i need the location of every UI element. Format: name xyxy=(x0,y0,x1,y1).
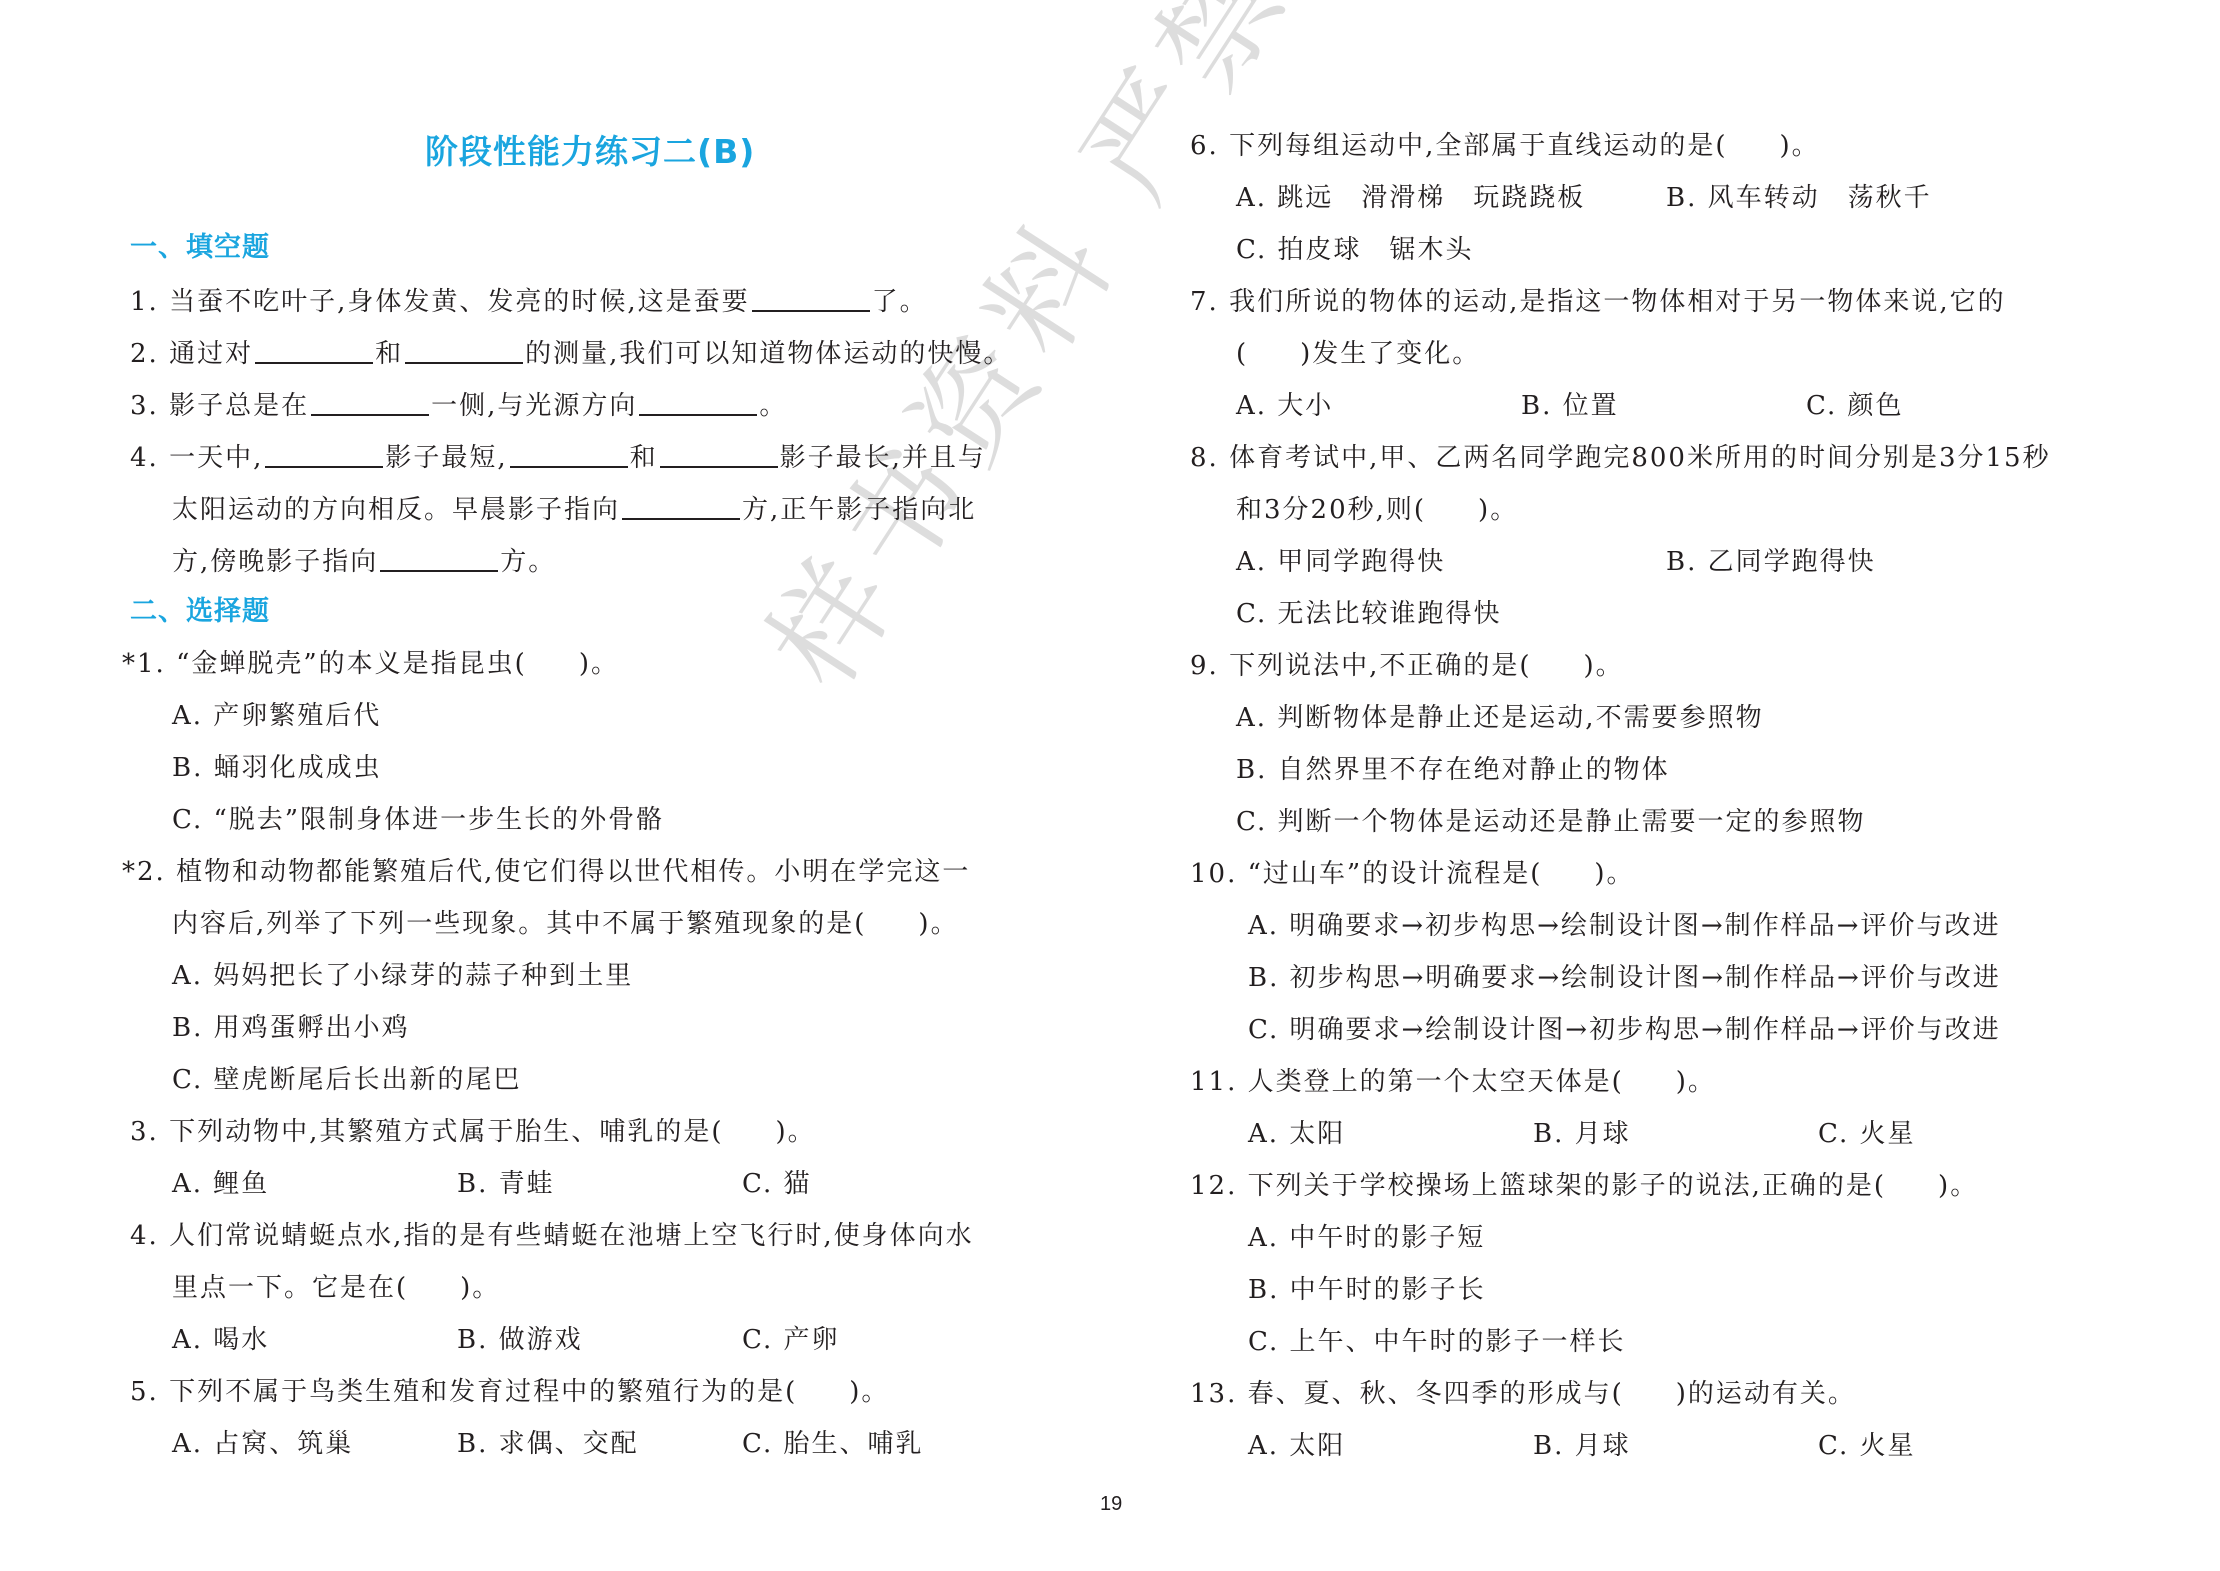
options-row: A. 太阳B. 月球C. 火星 xyxy=(1248,1108,2103,1160)
answer-blank[interactable] xyxy=(660,440,778,468)
options-row: A. 占窝、筑巢B. 求偶、交配C. 胎生、哺乳 xyxy=(172,1418,1027,1470)
option[interactable]: A. 中午时的影子短 xyxy=(1248,1212,1485,1264)
option[interactable]: A. 妈妈把长了小绿芽的蒜子种到土里 xyxy=(172,950,633,1002)
option[interactable]: A. 喝水 xyxy=(172,1314,457,1366)
choice-question-2-line-2: 内容后,列举了下列一些现象。其中不属于繁殖现象的是()。 xyxy=(172,898,959,950)
option[interactable]: C. “脱去”限制身体进一步生长的外骨骼 xyxy=(172,794,664,846)
fill-question-4: 4. 一天中,影子最短,和影子最长,并且与 xyxy=(130,432,986,484)
answer-blank[interactable] xyxy=(752,284,870,312)
options-row: A. 大小B. 位置C. 颜色 xyxy=(1236,380,2091,432)
option[interactable]: B. 乙同学跑得快 xyxy=(1666,536,2096,588)
option[interactable]: B. 初步构思→明确要求→绘制设计图→制作样品→评价与改进 xyxy=(1248,952,2001,1004)
option[interactable]: A. 甲同学跑得快 xyxy=(1236,536,1666,588)
answer-blank[interactable] xyxy=(510,440,628,468)
option[interactable]: B. 风车转动 荡秋千 xyxy=(1666,172,2096,224)
section-heading-choice: 二、选择题 xyxy=(130,586,270,638)
answer-blank[interactable] xyxy=(255,336,373,364)
choice-question-5: 5. 下列不属于鸟类生殖和发育过程中的繁殖行为的是()。 xyxy=(130,1366,889,1418)
option[interactable]: A. 占窝、筑巢 xyxy=(172,1418,457,1470)
choice-question-12: 12. 下列关于学校操场上篮球架的影子的说法,正确的是()。 xyxy=(1190,1160,1978,1212)
choice-question-8-line-2: 和3分20秒,则()。 xyxy=(1236,484,1518,536)
option[interactable]: C. 明确要求→绘制设计图→初步构思→制作样品→评价与改进 xyxy=(1248,1004,2001,1056)
options-row: A. 喝水B. 做游戏C. 产卵 xyxy=(172,1314,1027,1366)
option[interactable]: B. 中午时的影子长 xyxy=(1248,1264,1486,1316)
choice-question-7-line-2: ()发生了变化。 xyxy=(1236,328,1480,380)
fill-question-4-line-2: 太阳运动的方向相反。早晨影子指向方,正午影子指向北 xyxy=(172,484,976,536)
option[interactable]: C. 无法比较谁跑得快 xyxy=(1236,588,1502,640)
option[interactable]: C. 壁虎断尾后长出新的尾巴 xyxy=(172,1054,522,1106)
option[interactable]: C. 拍皮球 锯木头 xyxy=(1236,224,1474,276)
option[interactable]: C. 上午、中午时的影子一样长 xyxy=(1248,1316,1626,1368)
options-row: A. 鲤鱼B. 青蛙C. 猫 xyxy=(172,1158,1027,1210)
option[interactable]: B. 月球 xyxy=(1533,1108,1818,1160)
option[interactable]: C. 猫 xyxy=(742,1158,1027,1210)
choice-question-2: *2. 植物和动物都能繁殖后代,使它们得以世代相传。小明在学完这一 xyxy=(122,846,970,898)
option[interactable]: A. 明确要求→初步构思→绘制设计图→制作样品→评价与改进 xyxy=(1248,900,2000,952)
choice-question-6: 6. 下列每组运动中,全部属于直线运动的是()。 xyxy=(1190,120,1820,172)
choice-question-4-line-2: 里点一下。它是在()。 xyxy=(172,1262,500,1314)
option[interactable]: C. 判断一个物体是运动还是静止需要一定的参照物 xyxy=(1236,796,1866,848)
option[interactable]: B. 青蛙 xyxy=(457,1158,742,1210)
page-number: 19 xyxy=(1100,1493,1122,1516)
option[interactable]: C. 火星 xyxy=(1818,1108,2103,1160)
fill-question-4-line-3: 方,傍晚影子指向方。 xyxy=(172,536,556,588)
option[interactable]: A. 判断物体是静止还是运动,不需要参照物 xyxy=(1236,692,1764,744)
option[interactable]: A. 鲤鱼 xyxy=(172,1158,457,1210)
fill-question-3: 3. 影子总是在一侧,与光源方向。 xyxy=(130,380,787,432)
choice-question-1: *1. “金蝉脱壳”的本义是指昆虫()。 xyxy=(122,638,619,690)
choice-question-10: 10. “过山车”的设计流程是()。 xyxy=(1190,848,1635,900)
answer-blank[interactable] xyxy=(405,336,523,364)
fill-question-1: 1. 当蚕不吃叶子,身体发黄、发亮的时候,这是蚕要了。 xyxy=(130,276,928,328)
choice-question-8: 8. 体育考试中,甲、乙两名同学跑完800米所用的时间分别是3分15秒 xyxy=(1190,432,2051,484)
choice-question-4: 4. 人们常说蜻蜓点水,指的是有些蜻蜓在池塘上空飞行时,使身体向水 xyxy=(130,1210,974,1262)
options-row: A. 甲同学跑得快B. 乙同学跑得快 xyxy=(1236,536,2096,588)
option[interactable]: B. 位置 xyxy=(1521,380,1806,432)
page-title: 阶段性能力练习二(B) xyxy=(425,126,755,173)
option[interactable]: A. 跳远 滑滑梯 玩跷跷板 xyxy=(1236,172,1666,224)
answer-blank[interactable] xyxy=(265,440,383,468)
answer-blank[interactable] xyxy=(639,388,757,416)
option[interactable]: B. 做游戏 xyxy=(457,1314,742,1366)
option[interactable]: B. 用鸡蛋孵出小鸡 xyxy=(172,1002,410,1054)
option[interactable]: A. 太阳 xyxy=(1248,1108,1533,1160)
option[interactable]: C. 胎生、哺乳 xyxy=(742,1418,1027,1470)
option[interactable]: B. 蛹羽化成成虫 xyxy=(172,742,382,794)
choice-question-9: 9. 下列说法中,不正确的是()。 xyxy=(1190,640,1624,692)
choice-question-7: 7. 我们所说的物体的运动,是指这一物体相对于另一物体来说,它的 xyxy=(1190,276,2006,328)
choice-question-13: 13. 春、夏、秋、冬四季的形成与()的运动有关。 xyxy=(1190,1368,1856,1420)
option[interactable]: A. 大小 xyxy=(1236,380,1521,432)
option[interactable]: C. 火星 xyxy=(1818,1420,2103,1472)
option[interactable]: A. 产卵繁殖后代 xyxy=(172,690,381,742)
answer-blank[interactable] xyxy=(311,388,429,416)
option[interactable]: C. 产卵 xyxy=(742,1314,1027,1366)
section-heading-fill: 一、填空题 xyxy=(130,222,270,274)
worksheet-page: 样书资料 严禁外传 阶段性能力练习二(B) 一、填空题 1. 当蚕不吃叶子,身体… xyxy=(0,0,2220,1571)
fill-question-2: 2. 通过对和的测量,我们可以知道物体运动的快慢。 xyxy=(130,328,1011,380)
options-row: A. 跳远 滑滑梯 玩跷跷板B. 风车转动 荡秋千 xyxy=(1236,172,2096,224)
options-row: A. 太阳B. 月球C. 火星 xyxy=(1248,1420,2103,1472)
choice-question-3: 3. 下列动物中,其繁殖方式属于胎生、哺乳的是()。 xyxy=(130,1106,816,1158)
option[interactable]: B. 月球 xyxy=(1533,1420,1818,1472)
choice-question-11: 11. 人类登上的第一个太空天体是()。 xyxy=(1190,1056,1716,1108)
answer-blank[interactable] xyxy=(380,544,498,572)
option[interactable]: B. 求偶、交配 xyxy=(457,1418,742,1470)
option[interactable]: B. 自然界里不存在绝对静止的物体 xyxy=(1236,744,1670,796)
option[interactable]: C. 颜色 xyxy=(1806,380,2091,432)
option[interactable]: A. 太阳 xyxy=(1248,1420,1533,1472)
answer-blank[interactable] xyxy=(622,492,740,520)
